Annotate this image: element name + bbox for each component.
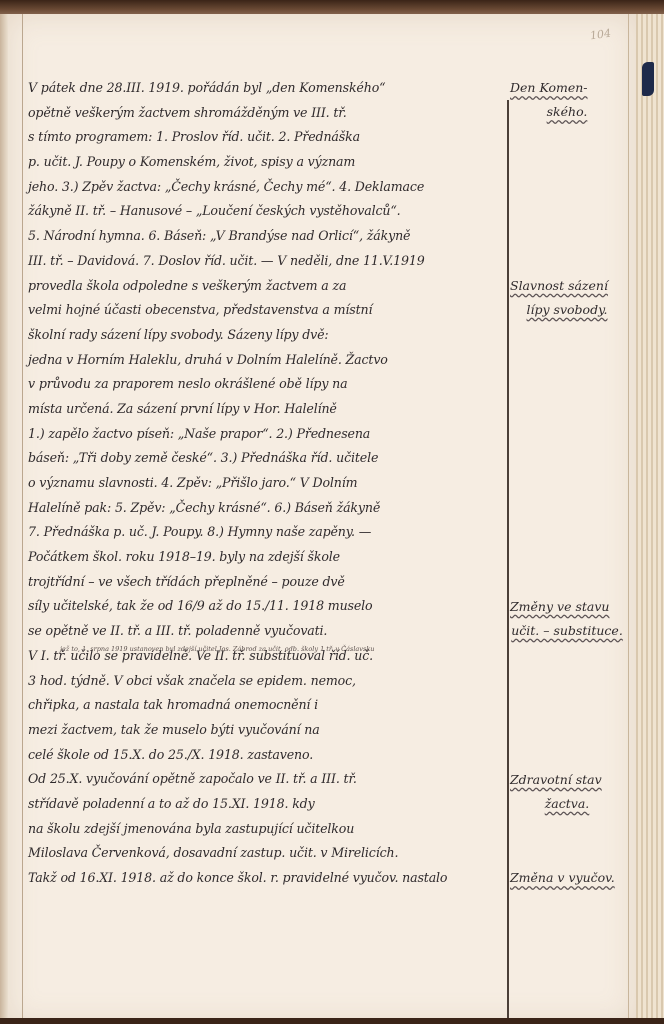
margin-note-line: lípy svobody. [510,298,632,322]
text-line: žákyně II. tř. – Hanusové – „Loučení čes… [28,199,508,224]
text-line: 5. Národní hymna. 6. Báseň: „V Brandýse … [28,224,508,249]
margin-note: Den Komen-ského. [510,76,632,124]
margin-note-line: žactva. [510,792,632,816]
text-line: se opětně ve II. tř. a III. tř. poladenn… [28,619,508,644]
margin-note: Změny ve stavuučit. – substituce. [510,595,632,643]
page-stack-edge [636,14,664,1024]
text-line: Takž od 16.XI. 1918. až do konce škol. r… [28,866,508,891]
text-line: na školu zdejší jmenována byla zastupují… [28,817,508,842]
margin-note: Změna v vyučov. [510,866,632,890]
text-line: 1.) zapělo žactvo píseň: „Naše prapor“. … [28,422,508,447]
text-line: střídavě poladenní a to až do 15.XI. 191… [28,792,508,817]
text-line: v průvodu za praporem neslo okrášlené ob… [28,372,508,397]
text-line: velmi hojné účasti obecenstva, představe… [28,298,508,323]
text-line: Počátkem škol. roku 1918–19. byly na zde… [28,545,508,570]
text-line: mezi žactvem, tak že muselo býti vyučová… [28,718,508,743]
margin-note-line: Změna v vyučov. [510,866,632,890]
text-line: p. učit. J. Poupy o Komenském, život, sp… [28,150,508,175]
interlinear-note: jež to, 1. srpna 1919 ustanoven byl zdej… [60,645,374,653]
margin-note-line: ského. [510,100,632,124]
text-line: V pátek dne 28.III. 1919. pořádán byl „d… [28,76,508,101]
margin-note-line: Slavnost sázení [510,274,632,298]
text-line: o významu slavnosti. 4. Zpěv: „Přišlo ja… [28,471,508,496]
text-line: opětně veškerým žactvem shromážděným ve … [28,101,508,126]
bookmark-ribbon-icon [642,62,654,96]
margin-note: Zdravotní stavžactva. [510,768,632,816]
margin-note: Slavnost sázenílípy svobody. [510,274,632,322]
text-line: síly učitelské, tak že od 16/9 až do 15.… [28,594,508,619]
text-line: Od 25.X. vyučování opětně započalo ve II… [28,767,508,792]
margin-note-line: Změny ve stavu [510,595,632,619]
margin-note-line: učit. – substituce. [510,619,632,643]
text-line: 3 hod. týdně. V obci však značela se epi… [28,669,508,694]
left-margin-rule [22,14,23,1024]
text-line: III. tř. – Davidová. 7. Doslov říd. učit… [28,249,508,274]
text-line: Miloslava Červenková, dosavadní zastup. … [28,841,508,866]
text-line: celé škole od 15.X. do 25./X. 1918. zast… [28,743,508,768]
margin-note-line: Zdravotní stav [510,768,632,792]
text-line: místa určená. Za sázení první lípy v Hor… [28,397,508,422]
page-gutter [0,14,8,1024]
text-line: jedna v Horním Haleklu, druhá v Dolním H… [28,348,508,373]
book-bottom-edge [0,1018,664,1024]
text-line: báseň: „Tři doby země české“. 3.) Předná… [28,446,508,471]
margin-note-line: Den Komen- [510,76,632,100]
text-line: trojtřídní – ve všech třídách přeplněné … [28,570,508,595]
text-line: chřipka, a nastala tak hromadná onemocně… [28,693,508,718]
text-line: jeho. 3.) Zpěv žactva: „Čechy krásné, Če… [28,175,508,200]
main-text-block: V pátek dne 28.III. 1919. pořádán byl „d… [28,76,508,891]
text-line: s tímto programem: 1. Proslov říd. učit.… [28,125,508,150]
text-line: provedla škola odpoledne s veškerým žact… [28,274,508,299]
text-line: Halelíně pak: 5. Zpěv: „Čechy krásné“. 6… [28,496,508,521]
text-line: 7. Přednáška p. uč. J. Poupy. 8.) Hymny … [28,520,508,545]
text-line: školní rady sázení lípy svobody. Sázeny … [28,323,508,348]
